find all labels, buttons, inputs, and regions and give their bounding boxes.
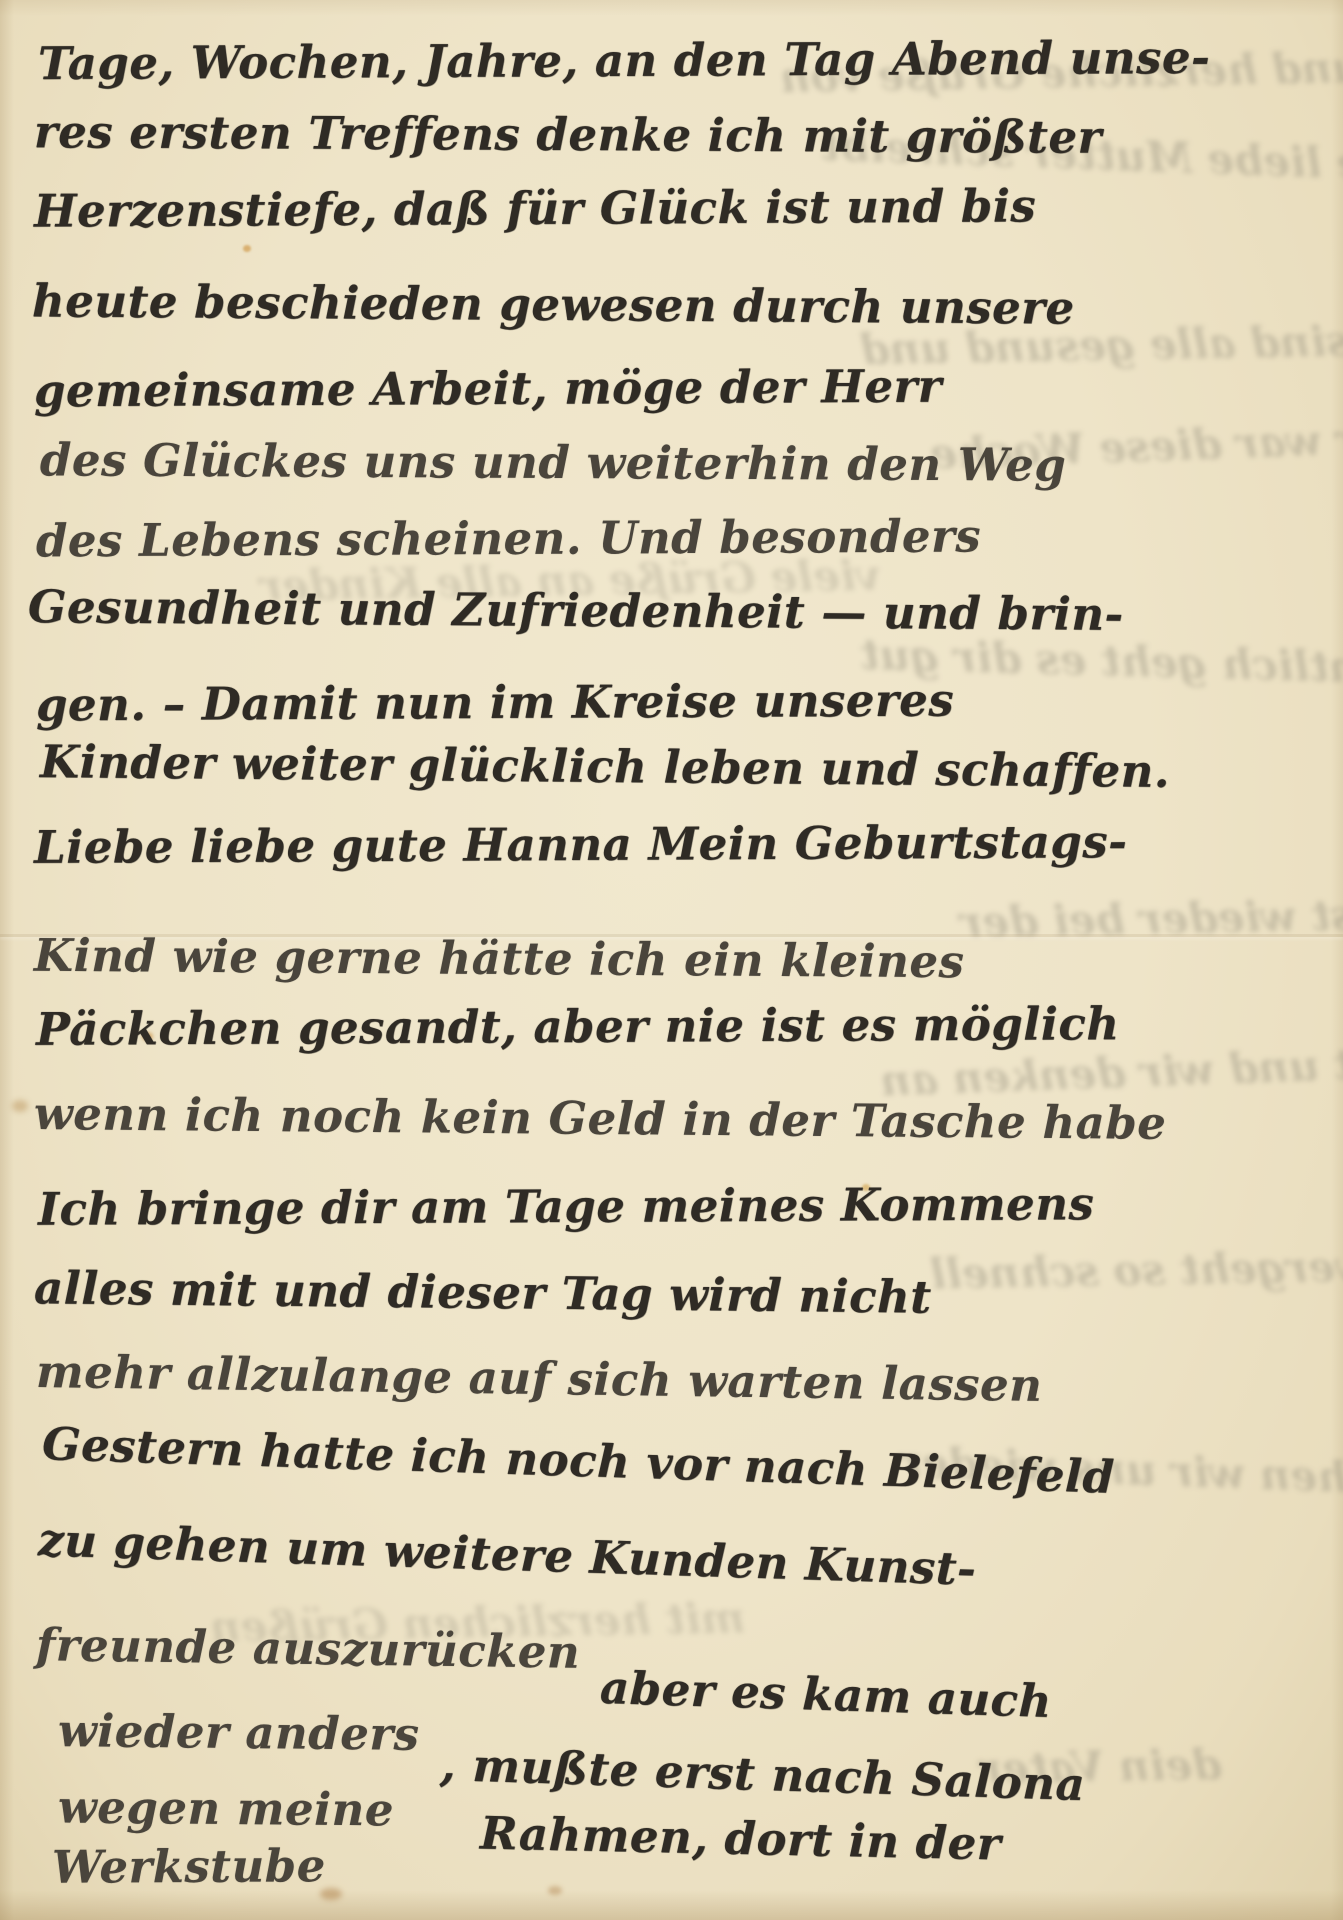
handwritten-line: gemeinsame Arbeit, möge der Herr — [34, 360, 942, 418]
handwritten-line: Päckchen gesandt, aber nie ist es möglic… — [36, 997, 1120, 1056]
handwritten-line: wenn ich noch kein Geld in der Tasche ha… — [34, 1087, 1167, 1150]
handwritten-line: , mußte erst nach Salona — [439, 1738, 1086, 1811]
handwritten-line: Gestern hatte ich noch vor nach Bielefel… — [41, 1417, 1115, 1504]
handwritten-line: wegen meine — [58, 1781, 394, 1837]
handwritten-line: Rahmen, dort in der — [480, 1807, 1002, 1871]
handwritten-line: des Glückes uns und weiterhin den Weg — [40, 433, 1067, 491]
handwritten-line: gen. – Damit nun im Kreise unseres — [36, 674, 954, 732]
handwritten-line: Liebe liebe gute Hanna Mein Geburtstags- — [34, 815, 1128, 874]
handwriting-layer: Tage, Wochen, Jahre, an den Tag Abend un… — [0, 0, 1343, 1920]
handwritten-line: Kind wie gerne hätte ich ein kleines — [34, 929, 965, 988]
handwritten-line: Herzenstiefe, daß für Glück ist und bis — [34, 179, 1036, 237]
handwritten-line: zu gehen um weitere Kunden Kunst- — [37, 1513, 977, 1595]
handwritten-line: mehr allzulange auf sich warten lassen — [36, 1345, 1043, 1412]
handwritten-line: Ich bringe dir am Tage meines Kommens — [38, 1177, 1095, 1236]
handwritten-line: alles mit und dieser Tag wird nicht — [34, 1261, 932, 1323]
handwritten-line: heute beschieden gewesen durch unsere — [32, 274, 1075, 334]
handwritten-line: Gesundheit und Zufriedenheit — und brin- — [28, 580, 1124, 641]
handwritten-line: Kinder weiter glücklich leben und schaff… — [40, 735, 1171, 798]
handwritten-line: Tage, Wochen, Jahre, an den Tag Abend un… — [38, 31, 1210, 90]
handwritten-line: Werkstube — [52, 1839, 326, 1893]
handwritten-line: des Lebens scheinen. Und besonders — [36, 510, 981, 568]
handwritten-line: freunde auszurücken — [36, 1618, 581, 1679]
letter-page: und herzliche Grüße von deine liebe Mutt… — [0, 0, 1343, 1920]
handwritten-line: aber es kam auch — [599, 1661, 1052, 1728]
handwritten-line: wieder anders — [58, 1704, 420, 1761]
handwritten-line: res ersten Treffens denke ich mit größte… — [34, 105, 1102, 164]
